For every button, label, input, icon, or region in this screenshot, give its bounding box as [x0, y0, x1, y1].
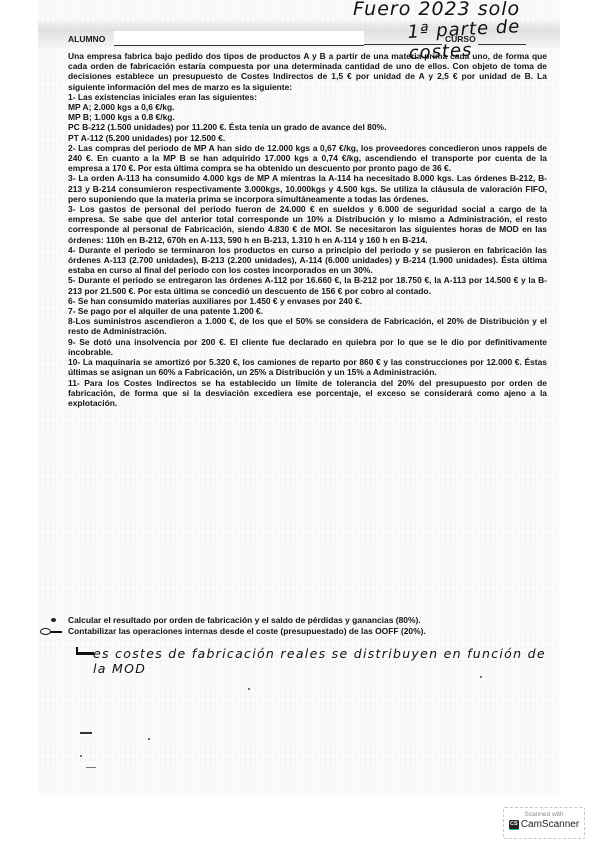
curso-underline — [478, 44, 526, 45]
curso-label: CURSO — [445, 34, 476, 44]
item-5: 5- Durante el periodo se entregaron las … — [68, 275, 547, 295]
exercise-statement: Una empresa fabrica bajo pedido dos tipo… — [68, 51, 547, 408]
scan-speck — [480, 676, 482, 678]
scan-speck — [148, 738, 150, 740]
handwritten-mark-icon — [76, 652, 94, 655]
bullet-arrow-icon — [40, 628, 62, 634]
item-2: 2- Las compras del periodo de MP A han s… — [68, 143, 547, 174]
item-9: 9- Se dotó una insolvencia por 200 €. El… — [68, 337, 547, 357]
task-label: Contabilizar las operaciones internas de… — [68, 626, 426, 636]
item-8: 8-Los suministros ascendieron a 1.000 €,… — [68, 316, 547, 336]
item-1-mpa: MP A; 2.000 kgs a 0,6 €/kg. — [68, 102, 547, 112]
alumno-label: ALUMNO — [68, 34, 105, 44]
item-1: 1- Las existencias iniciales eran las si… — [68, 92, 547, 102]
item-1-pt: PT A-112 (5.200 unidades) por 12.500 €. — [68, 133, 547, 143]
item-1-mpb: MP B; 1.000 kgs a 0.8 €/kg. — [68, 112, 547, 122]
item-4: 4- Durante el periodo se terminaron los … — [68, 245, 547, 276]
item-7: 7- Se pago por el alquiler de una patent… — [68, 306, 547, 316]
student-header: ALUMNO CURSO — [68, 30, 548, 48]
alumno-underline — [364, 44, 442, 45]
handwritten-note: es costes de fabricación reales se distr… — [93, 646, 560, 676]
scan-speck — [80, 755, 82, 757]
item-6: 6- Se han consumido materias auxiliares … — [68, 296, 547, 306]
item-3b: 3- Los gastos de personal del periodo fu… — [68, 204, 547, 245]
alumno-field-redacted — [114, 31, 364, 46]
item-1-pc: PC B-212 (1.500 unidades) por 11.200 €. … — [68, 122, 547, 132]
task-item: Calcular el resultado por orden de fabri… — [68, 615, 558, 626]
watermark-caption: Scanned with — [504, 811, 584, 818]
scanned-page: Fuero 2023 solo 1ª parte de costes ALUMN… — [38, 0, 560, 795]
intro-paragraph: Una empresa fabrica bajo pedido dos tipo… — [68, 51, 547, 92]
margin-mark — [86, 767, 96, 768]
margin-mark — [80, 732, 92, 734]
item-11: 11- Para los Costes Indirectos se ha est… — [68, 378, 547, 409]
scan-speck — [248, 688, 250, 690]
task-item: Contabilizar las operaciones internas de… — [68, 626, 558, 637]
camscanner-logo-icon: CS — [509, 820, 519, 830]
task-list: Calcular el resultado por orden de fabri… — [68, 615, 558, 637]
task-label: Calcular el resultado por orden de fabri… — [68, 615, 421, 625]
item-10: 10- La maquinaria se amortizó por 5.320 … — [68, 357, 547, 377]
camscanner-watermark: Scanned with CS CamScanner — [503, 807, 585, 839]
bullet-dot-icon — [51, 618, 56, 622]
watermark-brand: CS CamScanner — [504, 819, 584, 830]
watermark-name: CamScanner — [521, 819, 579, 830]
item-3a: 3- La orden A-113 ha consumido 4.000 kgs… — [68, 173, 547, 204]
